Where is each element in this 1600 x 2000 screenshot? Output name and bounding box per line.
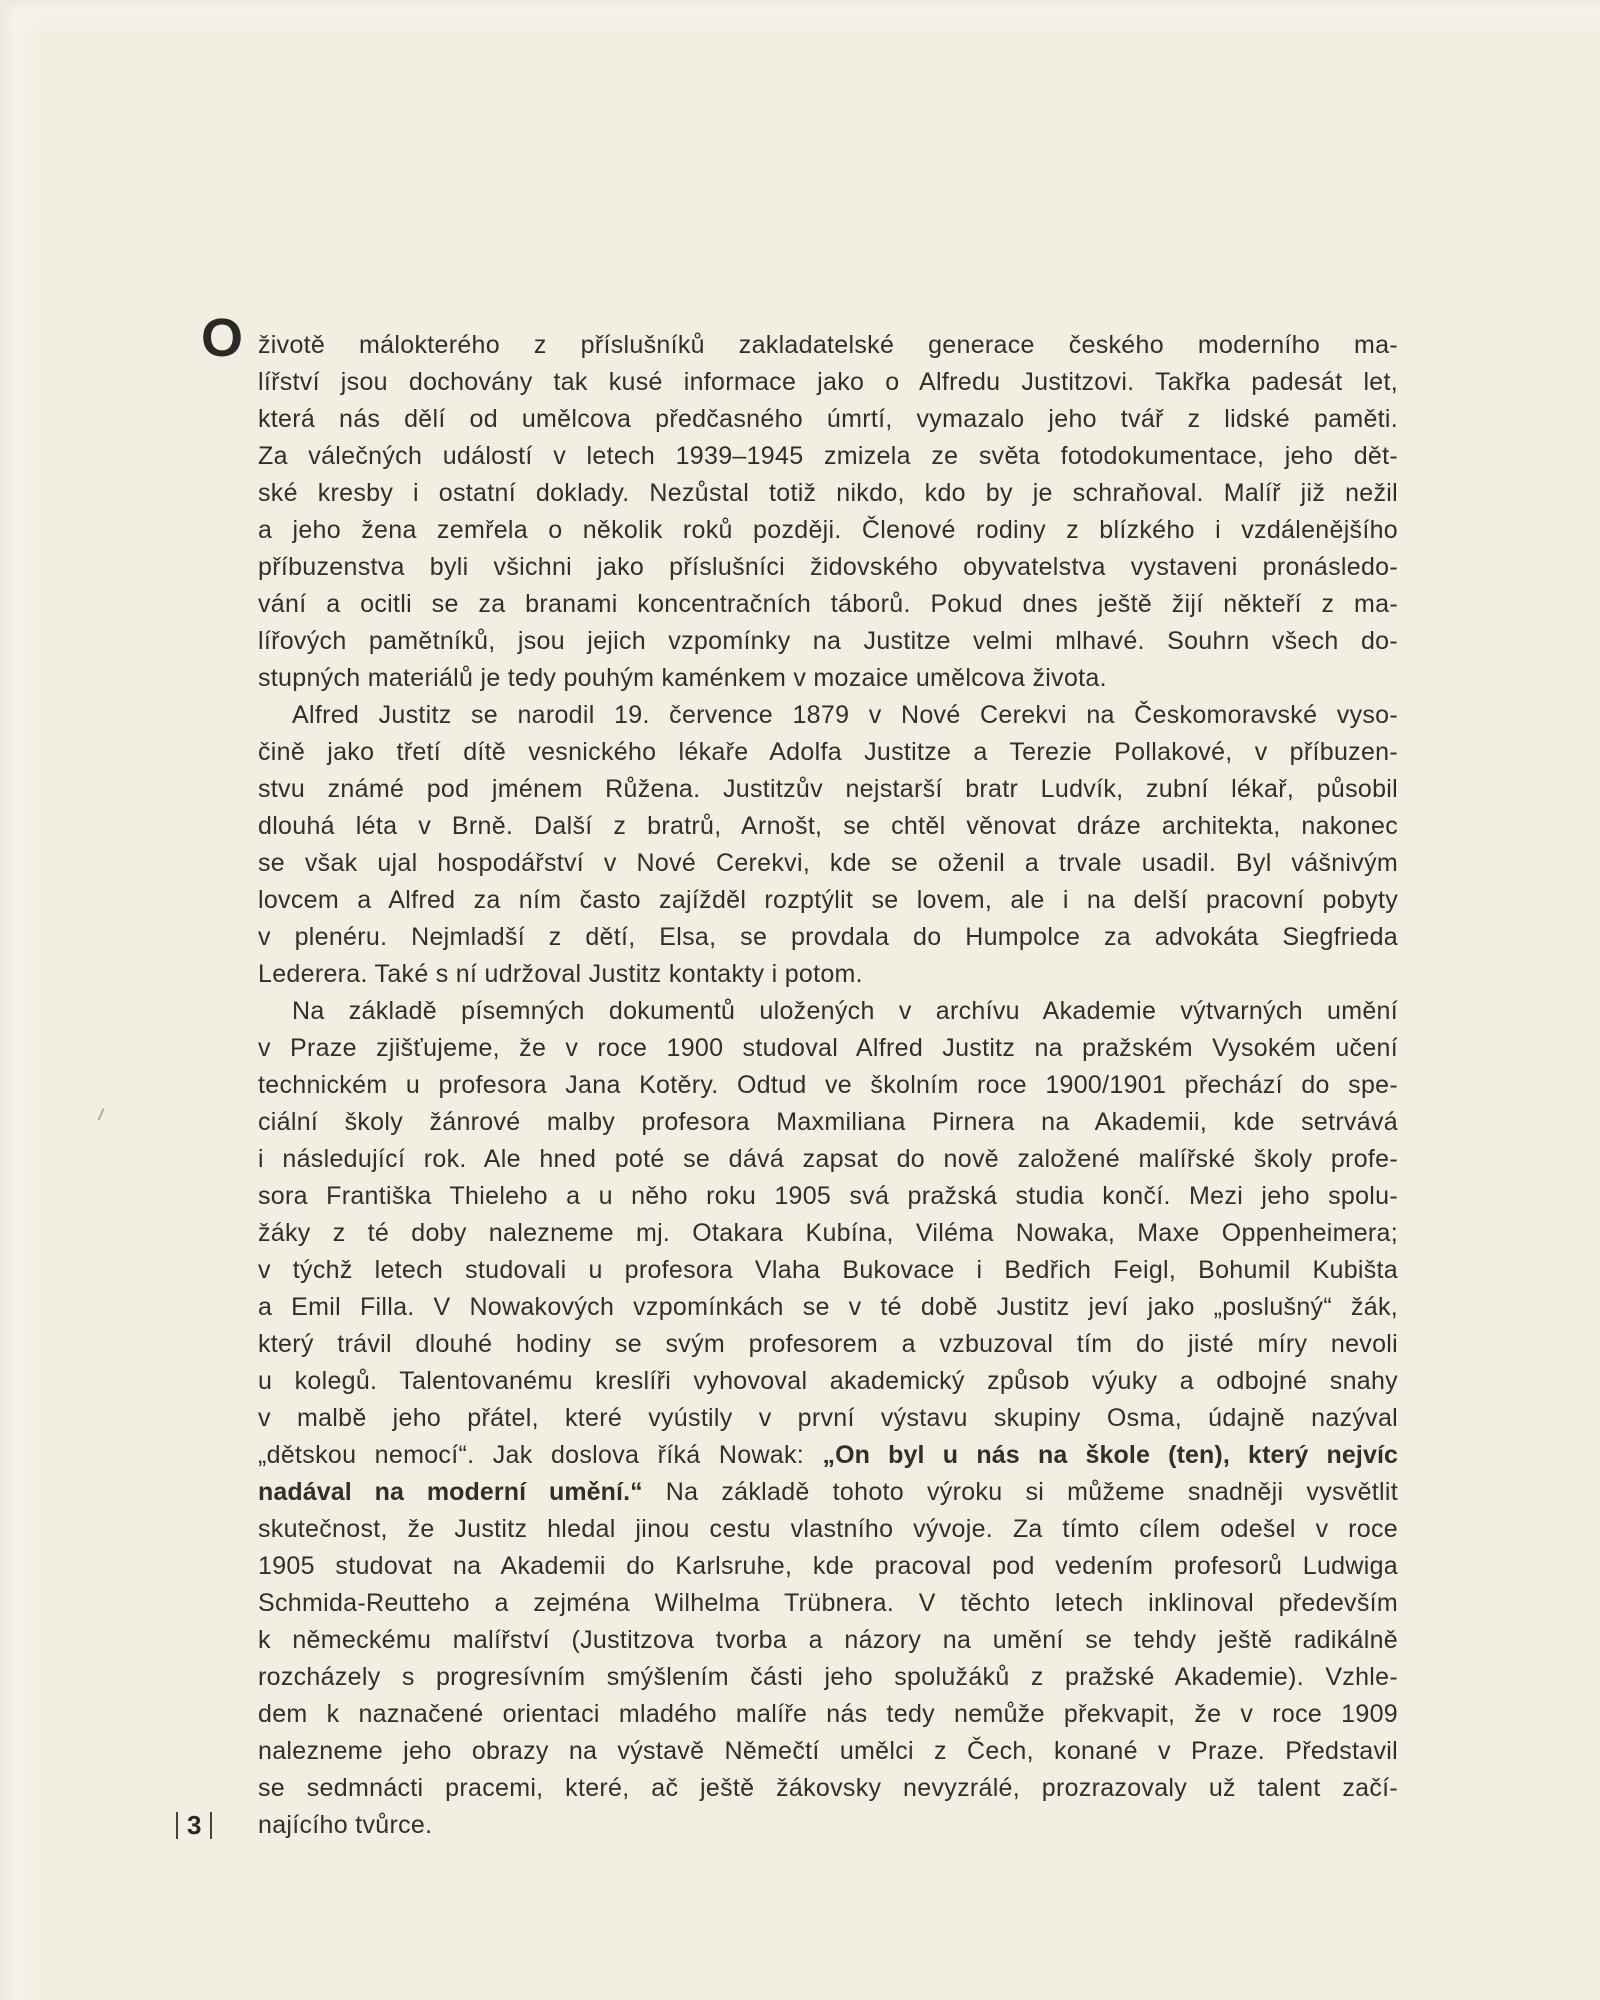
- text-line: u kolegů. Talentovanému kreslíři vyhovov…: [258, 1363, 1398, 1400]
- text-line: najícího tvůrce.: [258, 1807, 1398, 1844]
- text-line: technickém u profesora Jana Kotěry. Odtu…: [258, 1067, 1398, 1104]
- text-line: Na základě písemných dokumentů uložených…: [258, 993, 1398, 1030]
- text-line: v plenéru. Nejmladší z dětí, Elsa, se pr…: [258, 919, 1398, 956]
- drop-cap-initial: O: [201, 311, 243, 365]
- text-line: lířství jsou dochovány tak kusé informac…: [258, 364, 1398, 401]
- text-line: a Emil Filla. V Nowakových vzpomínkách s…: [258, 1289, 1398, 1326]
- page-number-value: 3: [187, 1810, 201, 1841]
- text-line: Za válečných událostí v letech 1939–1945…: [258, 438, 1398, 475]
- text-line: žáky z té doby nalezneme mj. Otakara Kub…: [258, 1215, 1398, 1252]
- text-line: Schmida-Reutteho a zejména Wilhelma Trüb…: [258, 1585, 1398, 1622]
- text-line: Alfred Justitz se narodil 19. července 1…: [258, 697, 1398, 734]
- text-line: stupných materiálů je tedy pouhým kaménk…: [258, 660, 1398, 697]
- page-number-left-bar: [176, 1812, 178, 1839]
- text-line: a jeho žena zemřela o několik roků pozdě…: [258, 512, 1398, 549]
- text-line: 1905 studovat na Akademii do Karlsruhe, …: [258, 1548, 1398, 1585]
- text-line: čině jako třetí dítě vesnického lékaře A…: [258, 734, 1398, 771]
- text-line: dlouhá léta v Brně. Další z bratrů, Arno…: [258, 808, 1398, 845]
- text-line: rozcházely s progresívním smýšlením část…: [258, 1659, 1398, 1696]
- text-line: v Praze zjišťujeme, že v roce 1900 studo…: [258, 1030, 1398, 1067]
- text-line: příbuzenstva byli všichni jako příslušní…: [258, 549, 1398, 586]
- text-line: dem k naznačené orientaci mladého malíře…: [258, 1696, 1398, 1733]
- text-line: k německému malířství (Justitzova tvorba…: [258, 1622, 1398, 1659]
- text-line: nalezneme jeho obrazy na výstavě Němečtí…: [258, 1733, 1398, 1770]
- text-line: „dětskou nemocí“. Jak doslova říká Nowak…: [258, 1437, 1398, 1474]
- text-line: lířových pamětníků, jsou jejich vzpomínk…: [258, 623, 1398, 660]
- text-line: ské kresby i ostatní doklady. Nezůstal t…: [258, 475, 1398, 512]
- text-line: stvu známé pod jménem Růžena. Justitzův …: [258, 771, 1398, 808]
- text-line: ciální školy žánrové malby profesora Max…: [258, 1104, 1398, 1141]
- page-edge-top: [0, 0, 1600, 12]
- text-line: i následující rok. Ale hned poté se dává…: [258, 1141, 1398, 1178]
- text-line: nadával na moderní umění.“ Na základě to…: [258, 1474, 1398, 1511]
- text-line: životě málokterého z příslušníků zaklada…: [258, 327, 1398, 364]
- text-line: se však ujal hospodářství v Nové Cerekvi…: [258, 845, 1398, 882]
- text-line: lovcem a Alfred za ním často zajížděl ro…: [258, 882, 1398, 919]
- text-line: vání a ocitli se za branami koncentrační…: [258, 586, 1398, 623]
- text-line: který trávil dlouhé hodiny se svým profe…: [258, 1326, 1398, 1363]
- page-edge-left: [0, 0, 16, 2000]
- scan-speck: [97, 1108, 104, 1121]
- text-line: sora Františka Thieleho a u něho roku 19…: [258, 1178, 1398, 1215]
- text-line: Lederera. Také s ní udržoval Justitz kon…: [258, 956, 1398, 993]
- text-line: v malbě jeho přátel, které vyústily v pr…: [258, 1400, 1398, 1437]
- text-line: v týchž letech studovali u profesora Vla…: [258, 1252, 1398, 1289]
- text-line: se sedmnácti pracemi, které, ač ještě žá…: [258, 1770, 1398, 1807]
- page-number: 3: [176, 1807, 212, 1844]
- body-text: životě málokterého z příslušníků zaklada…: [258, 327, 1398, 1844]
- scanned-book-page: { "drop_cap": "O", "page_number": { "val…: [0, 0, 1600, 2000]
- page-number-right-bar: [210, 1812, 212, 1839]
- text-line: která nás dělí od umělcova předčasného ú…: [258, 401, 1398, 438]
- text-line: skutečnost, že Justitz hledal jinou cest…: [258, 1511, 1398, 1548]
